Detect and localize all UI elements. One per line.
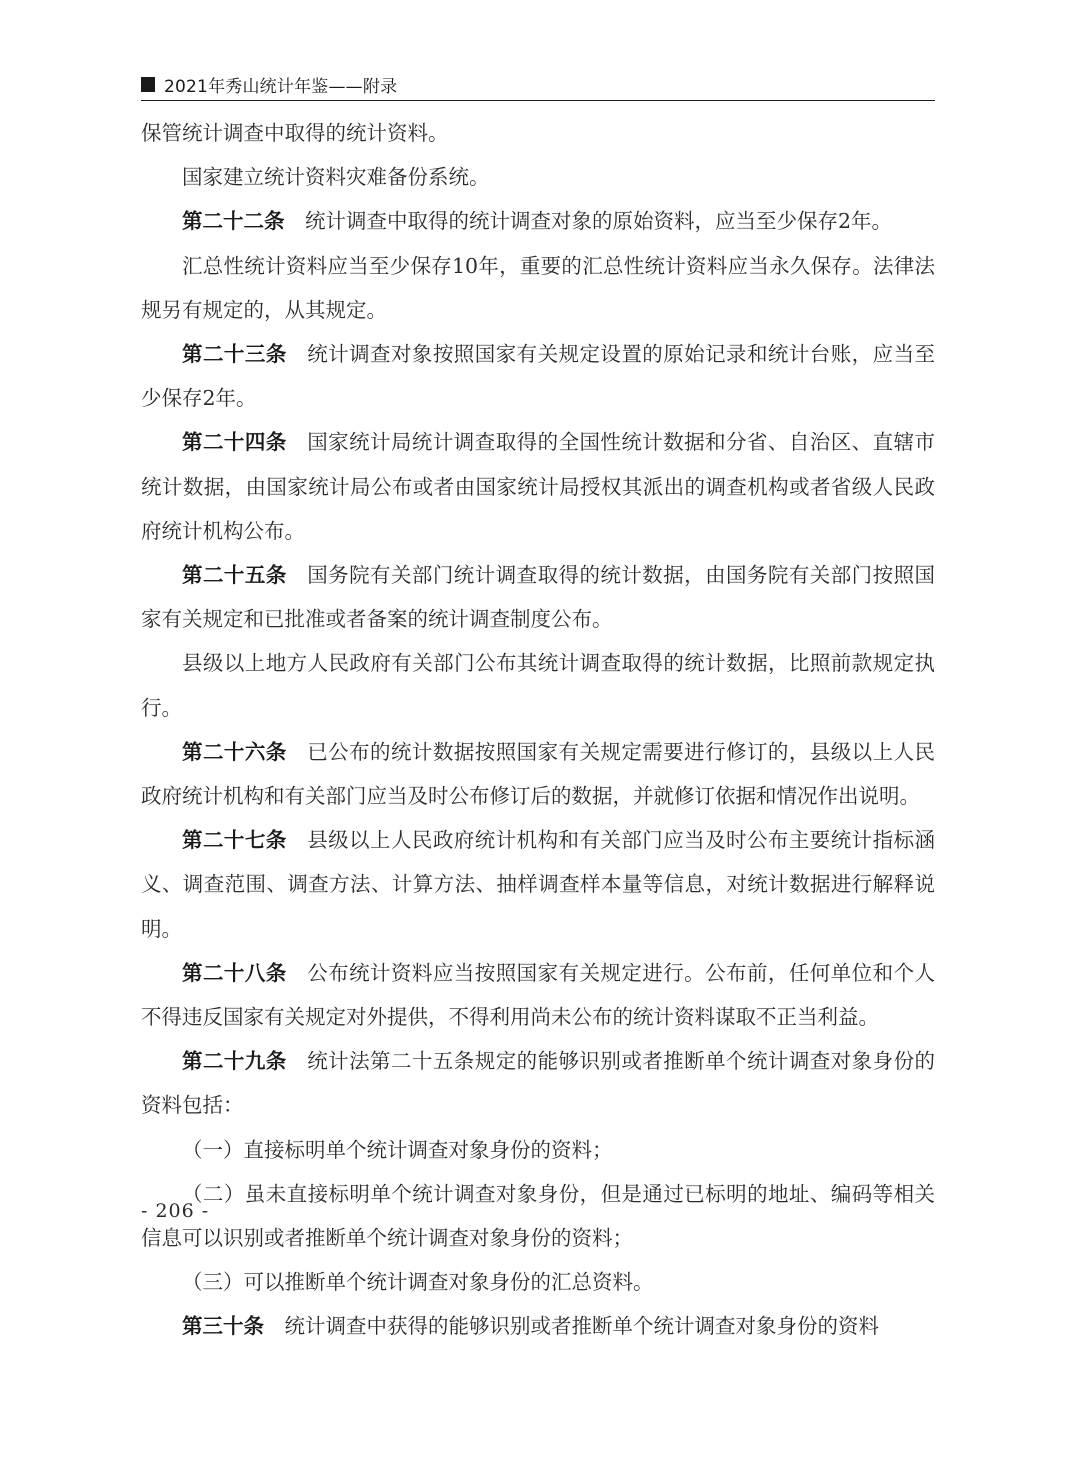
article-label: 第二十二条 bbox=[182, 209, 285, 233]
article-23: 第二十三条统计调查对象按照国家有关规定设置的原始记录和统计台账，应当至少保存2年… bbox=[141, 332, 935, 420]
article-label: 第三十条 bbox=[182, 1314, 264, 1338]
paragraph: 国家建立统计资料灾难备份系统。 bbox=[141, 155, 935, 199]
article-27: 第二十七条县级以上人民政府统计机构和有关部门应当及时公布主要统计指标涵义、调查范… bbox=[141, 818, 935, 951]
paragraph-text: （三）可以推断单个统计调查对象身份的汇总资料。 bbox=[182, 1270, 654, 1294]
running-header: 2021年秀山统计年鉴——附录 bbox=[141, 72, 935, 101]
paragraph: 保管统计调查中取得的统计资料。 bbox=[141, 111, 935, 155]
black-square-icon bbox=[141, 77, 155, 92]
article-28: 第二十八条公布统计资料应当按照国家有关规定进行。公布前，任何单位和个人不得违反国… bbox=[141, 951, 935, 1039]
article-label: 第二十九条 bbox=[182, 1049, 287, 1073]
paragraph-text: 保管统计调查中取得的统计资料。 bbox=[141, 121, 449, 145]
paragraph-text: （二）虽未直接标明单个统计调查对象身份，但是通过已标明的地址、编码等相关信息可以… bbox=[141, 1182, 935, 1250]
list-item: （三）可以推断单个统计调查对象身份的汇总资料。 bbox=[141, 1260, 935, 1304]
paragraph: 县级以上地方人民政府有关部门公布其统计调查取得的统计数据，比照前款规定执行。 bbox=[141, 641, 935, 729]
article-30: 第三十条统计调查中获得的能够识别或者推断单个统计调查对象身份的资料 bbox=[141, 1304, 935, 1348]
article-25: 第二十五条国务院有关部门统计调查取得的统计数据，由国务院有关部门按照国家有关规定… bbox=[141, 553, 935, 641]
article-22: 第二十二条统计调查中取得的统计调查对象的原始资料，应当至少保存2年。 bbox=[141, 199, 935, 243]
article-label: 第二十六条 bbox=[182, 740, 287, 764]
paragraph-text: 统计调查中获得的能够识别或者推断单个统计调查对象身份的资料 bbox=[285, 1314, 880, 1338]
article-label: 第二十七条 bbox=[182, 828, 287, 852]
body-text: 保管统计调查中取得的统计资料。 国家建立统计资料灾难备份系统。 第二十二条统计调… bbox=[141, 111, 935, 1349]
paragraph-text: 国家建立统计资料灾难备份系统。 bbox=[182, 165, 490, 189]
article-label: 第二十八条 bbox=[182, 961, 287, 985]
page-number: - 206 - bbox=[141, 1200, 209, 1222]
article-29: 第二十九条统计法第二十五条规定的能够识别或者推断单个统计调查对象身份的资料包括： bbox=[141, 1039, 935, 1127]
paragraph-text: 县级以上地方人民政府有关部门公布其统计调查取得的统计数据，比照前款规定执行。 bbox=[141, 651, 935, 719]
article-label: 第二十四条 bbox=[182, 430, 287, 454]
paragraph-text: 汇总性统计资料应当至少保存10年，重要的汇总性统计资料应当永久保存。法律法规另有… bbox=[141, 254, 935, 322]
article-24: 第二十四条国家统计局统计调查取得的全国性统计数据和分省、自治区、直辖市统计数据，… bbox=[141, 420, 935, 553]
running-header-title: 2021年秀山统计年鉴——附录 bbox=[164, 72, 397, 97]
article-26: 第二十六条已公布的统计数据按照国家有关规定需要进行修订的，县级以上人民政府统计机… bbox=[141, 730, 935, 818]
paragraph: 汇总性统计资料应当至少保存10年，重要的汇总性统计资料应当永久保存。法律法规另有… bbox=[141, 244, 935, 332]
list-item: （一）直接标明单个统计调查对象身份的资料； bbox=[141, 1128, 935, 1172]
article-label: 第二十五条 bbox=[182, 563, 287, 587]
list-item: （二）虽未直接标明单个统计调查对象身份，但是通过已标明的地址、编码等相关信息可以… bbox=[141, 1172, 935, 1260]
paragraph-text: （一）直接标明单个统计调查对象身份的资料； bbox=[182, 1138, 613, 1162]
article-label: 第二十三条 bbox=[182, 342, 287, 366]
paragraph-text: 统计调查中取得的统计调查对象的原始资料，应当至少保存2年。 bbox=[305, 209, 892, 233]
